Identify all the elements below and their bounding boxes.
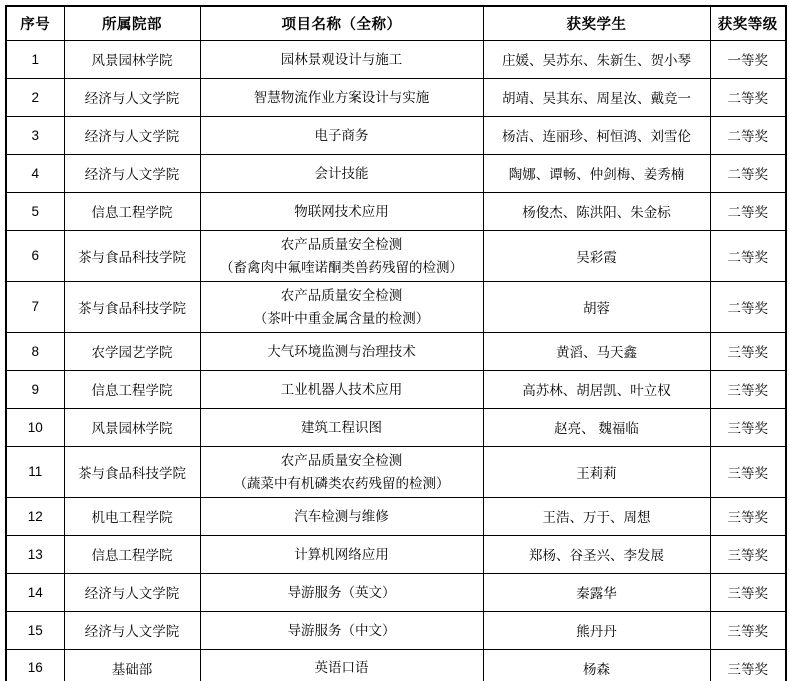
- cell-project: 导游服务（英文）: [200, 573, 483, 611]
- cell-project: 会计技能: [200, 154, 483, 192]
- cell-students: 胡靖、吴其东、周星汝、戴竞一: [483, 78, 710, 116]
- table-row: 7 茶与食品科技学院 农产品质量安全检测 （茶叶中重金属含量的检测） 胡蓉 二等…: [6, 281, 786, 332]
- table-row: 8 农学园艺学院 大气环境监测与治理技术 黄滔、马天鑫 三等奖: [6, 332, 786, 370]
- cell-students: 庄媛、吴苏东、朱新生、贺小琴: [483, 40, 710, 78]
- cell-serial: 13: [6, 535, 64, 573]
- cell-serial: 5: [6, 192, 64, 230]
- cell-department: 机电工程学院: [64, 497, 200, 535]
- cell-students: 胡蓉: [483, 281, 710, 332]
- cell-award: 三等奖: [710, 535, 786, 573]
- cell-award: 三等奖: [710, 408, 786, 446]
- table-row: 15 经济与人文学院 导游服务（中文） 熊丹丹 三等奖: [6, 611, 786, 649]
- cell-project: 导游服务（中文）: [200, 611, 483, 649]
- table-row: 10 风景园林学院 建筑工程识图 赵亮、 魏福临 三等奖: [6, 408, 786, 446]
- cell-award: 二等奖: [710, 230, 786, 281]
- cell-students: 吴彩霞: [483, 230, 710, 281]
- cell-serial: 14: [6, 573, 64, 611]
- cell-serial: 1: [6, 40, 64, 78]
- award-table-body: 1 风景园林学院 园林景观设计与施工 庄媛、吴苏东、朱新生、贺小琴 一等奖 2 …: [6, 40, 786, 681]
- cell-serial: 4: [6, 154, 64, 192]
- cell-award: 二等奖: [710, 116, 786, 154]
- cell-serial: 11: [6, 446, 64, 497]
- cell-award: 三等奖: [710, 611, 786, 649]
- cell-students: 王莉莉: [483, 446, 710, 497]
- cell-project: 农产品质量安全检测 （蔬菜中有机磷类农药残留的检测）: [200, 446, 483, 497]
- cell-department: 基础部: [64, 649, 200, 681]
- cell-serial: 16: [6, 649, 64, 681]
- cell-students: 秦露华: [483, 573, 710, 611]
- cell-department: 茶与食品科技学院: [64, 446, 200, 497]
- header-students: 获奖学生: [483, 6, 710, 40]
- table-row: 14 经济与人文学院 导游服务（英文） 秦露华 三等奖: [6, 573, 786, 611]
- table-row: 11 茶与食品科技学院 农产品质量安全检测 （蔬菜中有机磷类农药残留的检测） 王…: [6, 446, 786, 497]
- cell-students: 黄滔、马天鑫: [483, 332, 710, 370]
- cell-students: 高苏林、胡居凯、叶立权: [483, 370, 710, 408]
- cell-project: 智慧物流作业方案设计与实施: [200, 78, 483, 116]
- header-serial: 序号: [6, 6, 64, 40]
- cell-students: 熊丹丹: [483, 611, 710, 649]
- cell-project: 大气环境监测与治理技术: [200, 332, 483, 370]
- cell-project: 英语口语: [200, 649, 483, 681]
- header-project: 项目名称（全称）: [200, 6, 483, 40]
- cell-students: 杨洁、连丽珍、柯恒鸿、刘雪伦: [483, 116, 710, 154]
- cell-project: 电子商务: [200, 116, 483, 154]
- table-row: 3 经济与人文学院 电子商务 杨洁、连丽珍、柯恒鸿、刘雪伦 二等奖: [6, 116, 786, 154]
- table-row: 4 经济与人文学院 会计技能 陶娜、谭畅、仲剑梅、姜秀楠 二等奖: [6, 154, 786, 192]
- cell-project: 园林景观设计与施工: [200, 40, 483, 78]
- cell-department: 经济与人文学院: [64, 611, 200, 649]
- header-award: 获奖等级: [710, 6, 786, 40]
- cell-award: 二等奖: [710, 78, 786, 116]
- cell-serial: 12: [6, 497, 64, 535]
- cell-award: 一等奖: [710, 40, 786, 78]
- cell-project: 农产品质量安全检测 （畜禽肉中氟喹诺酮类兽药残留的检测）: [200, 230, 483, 281]
- cell-award: 三等奖: [710, 332, 786, 370]
- cell-department: 茶与食品科技学院: [64, 281, 200, 332]
- cell-project: 物联网技术应用: [200, 192, 483, 230]
- cell-project: 农产品质量安全检测 （茶叶中重金属含量的检测）: [200, 281, 483, 332]
- cell-award: 二等奖: [710, 154, 786, 192]
- cell-department: 信息工程学院: [64, 370, 200, 408]
- table-row: 12 机电工程学院 汽车检测与维修 王浩、万于、周想 三等奖: [6, 497, 786, 535]
- cell-department: 信息工程学院: [64, 535, 200, 573]
- cell-award: 三等奖: [710, 649, 786, 681]
- cell-department: 风景园林学院: [64, 40, 200, 78]
- table-row: 16 基础部 英语口语 杨森 三等奖: [6, 649, 786, 681]
- cell-serial: 7: [6, 281, 64, 332]
- header-row: 序号 所属院部 项目名称（全称） 获奖学生 获奖等级: [6, 6, 786, 40]
- cell-students: 赵亮、 魏福临: [483, 408, 710, 446]
- table-row: 5 信息工程学院 物联网技术应用 杨俊杰、陈洪阳、朱金标 二等奖: [6, 192, 786, 230]
- award-results-table: 序号 所属院部 项目名称（全称） 获奖学生 获奖等级 1 风景园林学院 园林景观…: [5, 5, 787, 681]
- cell-department: 经济与人文学院: [64, 116, 200, 154]
- cell-serial: 8: [6, 332, 64, 370]
- cell-department: 经济与人文学院: [64, 78, 200, 116]
- cell-award: 三等奖: [710, 573, 786, 611]
- cell-award: 二等奖: [710, 281, 786, 332]
- cell-department: 信息工程学院: [64, 192, 200, 230]
- cell-students: 王浩、万于、周想: [483, 497, 710, 535]
- cell-department: 风景园林学院: [64, 408, 200, 446]
- cell-department: 农学园艺学院: [64, 332, 200, 370]
- table-row: 9 信息工程学院 工业机器人技术应用 高苏林、胡居凯、叶立权 三等奖: [6, 370, 786, 408]
- table-row: 13 信息工程学院 计算机网络应用 郑杨、谷圣兴、李发展 三等奖: [6, 535, 786, 573]
- cell-department: 茶与食品科技学院: [64, 230, 200, 281]
- cell-project: 汽车检测与维修: [200, 497, 483, 535]
- table-row: 1 风景园林学院 园林景观设计与施工 庄媛、吴苏东、朱新生、贺小琴 一等奖: [6, 40, 786, 78]
- cell-serial: 2: [6, 78, 64, 116]
- cell-serial: 6: [6, 230, 64, 281]
- cell-project: 建筑工程识图: [200, 408, 483, 446]
- cell-department: 经济与人文学院: [64, 573, 200, 611]
- cell-award: 三等奖: [710, 370, 786, 408]
- cell-award: 二等奖: [710, 192, 786, 230]
- cell-students: 杨森: [483, 649, 710, 681]
- cell-award: 三等奖: [710, 446, 786, 497]
- table-header: 序号 所属院部 项目名称（全称） 获奖学生 获奖等级: [6, 6, 786, 40]
- cell-serial: 10: [6, 408, 64, 446]
- cell-students: 郑杨、谷圣兴、李发展: [483, 535, 710, 573]
- cell-department: 经济与人文学院: [64, 154, 200, 192]
- header-department: 所属院部: [64, 6, 200, 40]
- table-row: 2 经济与人文学院 智慧物流作业方案设计与实施 胡靖、吴其东、周星汝、戴竞一 二…: [6, 78, 786, 116]
- cell-students: 杨俊杰、陈洪阳、朱金标: [483, 192, 710, 230]
- cell-project: 计算机网络应用: [200, 535, 483, 573]
- cell-serial: 3: [6, 116, 64, 154]
- cell-students: 陶娜、谭畅、仲剑梅、姜秀楠: [483, 154, 710, 192]
- document-page: 序号 所属院部 项目名称（全称） 获奖学生 获奖等级 1 风景园林学院 园林景观…: [0, 0, 789, 681]
- table-row: 6 茶与食品科技学院 农产品质量安全检测 （畜禽肉中氟喹诺酮类兽药残留的检测） …: [6, 230, 786, 281]
- cell-serial: 9: [6, 370, 64, 408]
- cell-serial: 15: [6, 611, 64, 649]
- cell-award: 三等奖: [710, 497, 786, 535]
- cell-project: 工业机器人技术应用: [200, 370, 483, 408]
